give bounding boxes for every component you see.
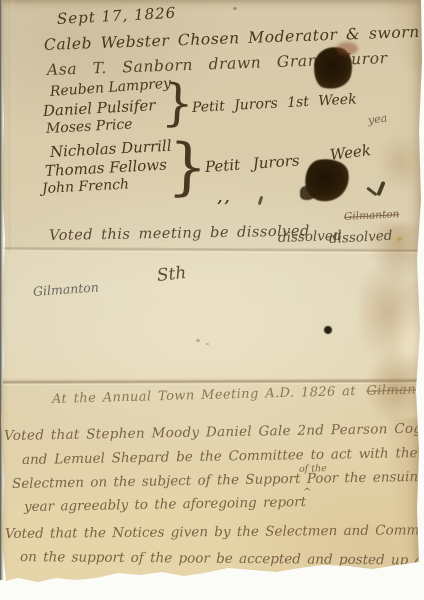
manuscript-paper: Sept 17, 1826 Caleb Webster Chosen Moder… <box>0 0 424 590</box>
dissolved-line: Voted this meeting be dissolved <box>49 223 310 244</box>
ink-speck <box>206 343 209 345</box>
heading-text: At the Annual Town Meeting A.D. 1826 at <box>52 384 356 407</box>
brace-week2-group: } <box>167 135 209 198</box>
petit-jurors-week1-label: Petit Jurors 1st Week <box>192 91 357 116</box>
vote-notices-line: Voted that the Notices given by the Sele… <box>5 522 424 542</box>
wax-speck <box>397 237 402 241</box>
juror-name: Moses Price <box>46 116 133 137</box>
vote-committee-line: Voted that Stephen Moody Daniel Gale 2nd… <box>4 420 424 444</box>
vertical-crease <box>9 0 13 252</box>
ink-dot <box>324 326 332 334</box>
brace-week1-group: } <box>161 77 195 129</box>
scanned-document-photo: Sept 17, 1826 Caleb Webster Chosen Moder… <box>0 0 424 600</box>
water-stain <box>388 418 424 560</box>
pen-flourish <box>376 181 385 196</box>
vote-notices-line: on the support of the poor be accepted a… <box>20 549 424 569</box>
petit-jurors-week2-label: Petit Jurors <box>204 151 300 176</box>
vote-note: yea <box>367 111 388 127</box>
ditto-marks: ’’ <box>217 197 231 215</box>
juror-name: Daniel Pulsifer <box>43 96 156 120</box>
docket-scribble: Sth <box>156 263 187 286</box>
ink-speck <box>233 7 237 10</box>
ink-smear <box>336 42 358 55</box>
dissolved-repeat: dissolved <box>329 228 393 247</box>
vote-committee-line: Selectmen on the subject of the Support … <box>12 469 424 492</box>
heading-place-struck: Gilmanton <box>366 382 424 399</box>
vote-committee-line: year agreeably to the aforegoing report <box>24 494 306 515</box>
juror-name: John French <box>42 176 130 197</box>
date-line: Sept 17, 1826 <box>57 4 177 28</box>
gilmanton-note: Gilmanton <box>344 208 400 223</box>
pen-mark <box>258 196 264 205</box>
vote-committee-line: and Lemuel Shepard be the Committee to a… <box>22 445 418 468</box>
ink-speck <box>196 339 200 342</box>
